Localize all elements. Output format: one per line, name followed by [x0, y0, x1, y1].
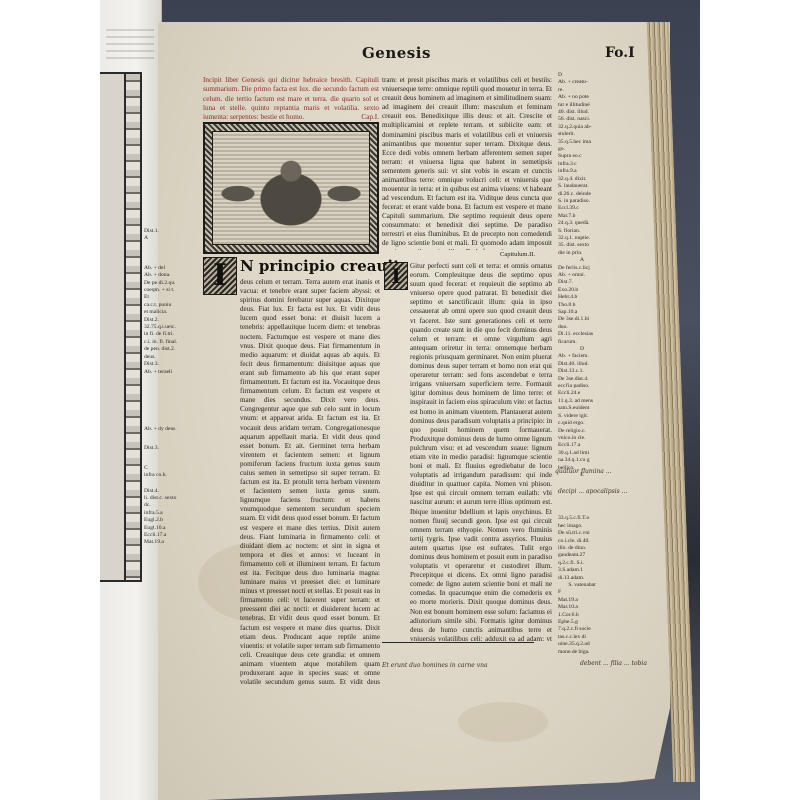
margin-note: de pen. dist.2. [144, 346, 180, 353]
margin-note: Ab. + creatu- [558, 79, 606, 86]
chapter-label-2: Capitulum.II. [500, 250, 535, 259]
margin-note: Dist.13.c.1. [558, 368, 606, 375]
handwritten-annotation: Et erunt duo homines in carne vna [382, 662, 562, 669]
margin-note: De sũ.tri.c.vni [558, 530, 606, 537]
margin-note: D [558, 72, 606, 79]
margin-note: 40. dist. illud. [558, 109, 606, 116]
margin-note: De religio.c. [558, 428, 606, 435]
margin-note: 7.q.2.c.fi socie [558, 626, 606, 633]
margin-note: die in prin. [558, 250, 606, 257]
margin-note: hec imago. [558, 523, 606, 530]
main-text-column-left: deus celum et terram. Terra autem erat i… [183, 278, 380, 688]
margin-note: infra.5.a [144, 510, 180, 517]
margin-note: De 3se.di.1.bi [558, 316, 606, 323]
margin-note: coeqm. + si t. Et [144, 287, 180, 302]
rubric-heading: Incipit liber Genesis qui dicitur hebrai… [203, 76, 379, 122]
margin-note: stulerit. [558, 131, 606, 138]
woodcut-god-enthroned-with-angels [203, 122, 379, 254]
show-through-text [106, 24, 154, 64]
margin-note: Mat.19.a [558, 597, 606, 604]
margin-note: Eccli.17.a [558, 442, 606, 449]
margin-note: A [144, 235, 180, 242]
margin-notes-left: Dist.1. A Ab. + del Ab. + dona. De pe.di… [144, 228, 180, 547]
handwritten-annotation: decipi ... apocalipsis ... [558, 488, 628, 495]
margin-note: Dist.2. [144, 317, 180, 324]
margin-note: Hebr.4.b [558, 294, 606, 301]
margin-note: eccl'ia padiso. [558, 383, 606, 390]
margin-note: Mar.10.a [558, 604, 606, 611]
margin-note: Mat.19.a [144, 539, 180, 546]
margin-note: 35. dist. sexto [558, 242, 606, 249]
margin-note: sam.S.euident [558, 405, 606, 412]
margin-note: Dist.7. [558, 279, 606, 286]
margin-note: infra.9.a [558, 168, 606, 175]
margin-note: Ab. + no pote [558, 94, 606, 101]
margin-note: Ab. + faciem. [558, 353, 606, 360]
genesis-text: tram: et presit piscibus maris et volati… [382, 76, 552, 211]
margin-note: ficarum. [558, 339, 606, 346]
paper-stain [458, 702, 548, 742]
main-text-column-right-top: tram: et presit piscibus maris et volati… [382, 76, 552, 211]
margin-note: S. laudauerat. [558, 183, 606, 190]
margin-note: Ab. + dy deus [144, 426, 180, 433]
margin-note: go. [558, 146, 606, 153]
rubric-text: Capituli summarium. Die septimo requieui… [382, 212, 552, 250]
margin-note: Ab. + del [144, 265, 180, 272]
handwritten-annotation: debent ... filia ... tobia [580, 660, 650, 667]
margin-note: vnico.in cle. [558, 435, 606, 442]
margin-note: 32.q.1. nuptie. [558, 235, 606, 242]
woodcut-image [212, 131, 370, 245]
margin-note: Dist.1. [144, 228, 180, 235]
margin-note: c.i. in. fi. final. [144, 339, 180, 346]
margin-note: 11.q.3. ad mens [558, 398, 606, 405]
margin-note: tas.c.c.lex di [558, 634, 606, 641]
handwritten-annotation: quatuor flumina ... [555, 468, 625, 475]
margin-note: 30.q.1.ad limi [558, 450, 606, 457]
margin-note: Mar.7.b [558, 213, 606, 220]
margin-note: Sap.10.a [558, 309, 606, 316]
margin-note: Eccli.17.a [144, 532, 180, 539]
margin-note: Eccli.24.e [558, 390, 606, 397]
margin-note: A [558, 257, 606, 264]
margin-note: c.quid ergo. [558, 420, 606, 427]
margin-note: ca.c.t. puniu [144, 302, 180, 309]
margin-note: Tho.8.b [558, 302, 606, 309]
margin-note: uine.35.q.2.ad [558, 641, 606, 648]
margin-note: gaudeant.27 [558, 552, 606, 559]
margin-note: 32.q.2.quia ab- [558, 124, 606, 131]
margin-note: re. [558, 87, 606, 94]
margin-note: deus. [144, 354, 180, 361]
margin-note: q.2.c.fi. S.i. [558, 560, 606, 567]
woodcut-border-left-page [100, 72, 142, 582]
margin-note: F [558, 589, 606, 596]
margin-notes-right: D Ab. + creatu- re. Ab. + no pote tur e … [558, 72, 606, 656]
underline-rule [382, 642, 534, 643]
margin-note: 1.Cor.6.b [558, 612, 606, 619]
margin-note: tur e illitudiné [558, 102, 606, 109]
chapter-label: Cap.I. [361, 113, 379, 122]
margin-note: Dist.3. [144, 445, 180, 452]
folio-number: Fo.I [605, 45, 635, 61]
margin-note: infra co.b. [144, 472, 180, 479]
margin-note: illo. de diuo. [558, 545, 606, 552]
book-photograph: Genesis Fo.I Incipit liber Genesis qui d… [100, 0, 700, 800]
margin-note: di.26.c. deinde [558, 191, 606, 198]
margin-note: li. dist.c. sexto [144, 495, 180, 502]
margin-note: 24.q.3. quedã. [558, 220, 606, 227]
margin-note: Di.11. ecclesias [558, 331, 606, 338]
margin-note: Dist.3. [144, 361, 180, 368]
margin-note: S. in paradiso. [558, 198, 606, 205]
margin-note: Eugl.2.b [144, 517, 180, 524]
margin-note: Ab. + teraeli [144, 369, 180, 376]
margin-note: Exo.20.b [558, 287, 606, 294]
margin-note: mone.de biga. [558, 649, 606, 656]
running-head: Genesis [362, 44, 431, 62]
margin-note: na.34.q.1.cu g [558, 457, 606, 464]
margin-note: S. vatenabat [558, 582, 606, 589]
margin-note: Eccl.39.c [558, 205, 606, 212]
margin-note: Ab. + omni. [558, 272, 606, 279]
rubric-heading-text: Incipit liber Genesis qui dicitur hebrai… [203, 76, 379, 121]
genesis-text: Gitur perfecti sunt celi et terra: et om… [382, 262, 552, 642]
margin-note: S. florian. [558, 228, 606, 235]
margin-note: di.13.adam. [558, 575, 606, 582]
margin-note: 35.q.5.hec ima [558, 139, 606, 146]
margin-note: 3.S.adam.1 [558, 567, 606, 574]
margin-note: De feriis.c.licj [558, 265, 606, 272]
rubric-chapter-2: Capituli summarium. Die septimo requieui… [382, 212, 552, 250]
incipit-text: N principio creauit [240, 257, 400, 275]
margin-note: Dist.4. [144, 488, 180, 495]
margin-note: De 3se.dist.4. [558, 376, 606, 383]
margin-note: in fi. de fi.tri. [144, 331, 180, 338]
margin-note: co.i.cle. di.40. [558, 538, 606, 545]
margin-note: duo. [558, 324, 606, 331]
main-text-column-right-bottom: Gitur perfecti sunt celi et terra: et om… [382, 262, 552, 642]
margin-note: et malicia. [144, 309, 180, 316]
margin-note: Dist.40. illud. [558, 361, 606, 368]
genesis-text: deus celum et terram. Terra autem erat i… [240, 278, 380, 688]
margin-note: C [144, 465, 180, 472]
margin-note: Ab. + dona. [144, 272, 180, 279]
margin-note: Eugl.10.a [144, 525, 180, 532]
margin-note: 33.q.5.c.fi.T.o [558, 515, 606, 522]
margin-note: Supra eo.c [558, 153, 606, 160]
margin-note: 56. dist. nasci. [558, 116, 606, 123]
margin-note: S. videre igit. [558, 413, 606, 420]
margin-note: De pe.di.2.qu. [144, 280, 180, 287]
margin-note: dc. [144, 502, 180, 509]
margin-note: 32.q.4. dixit. [558, 176, 606, 183]
